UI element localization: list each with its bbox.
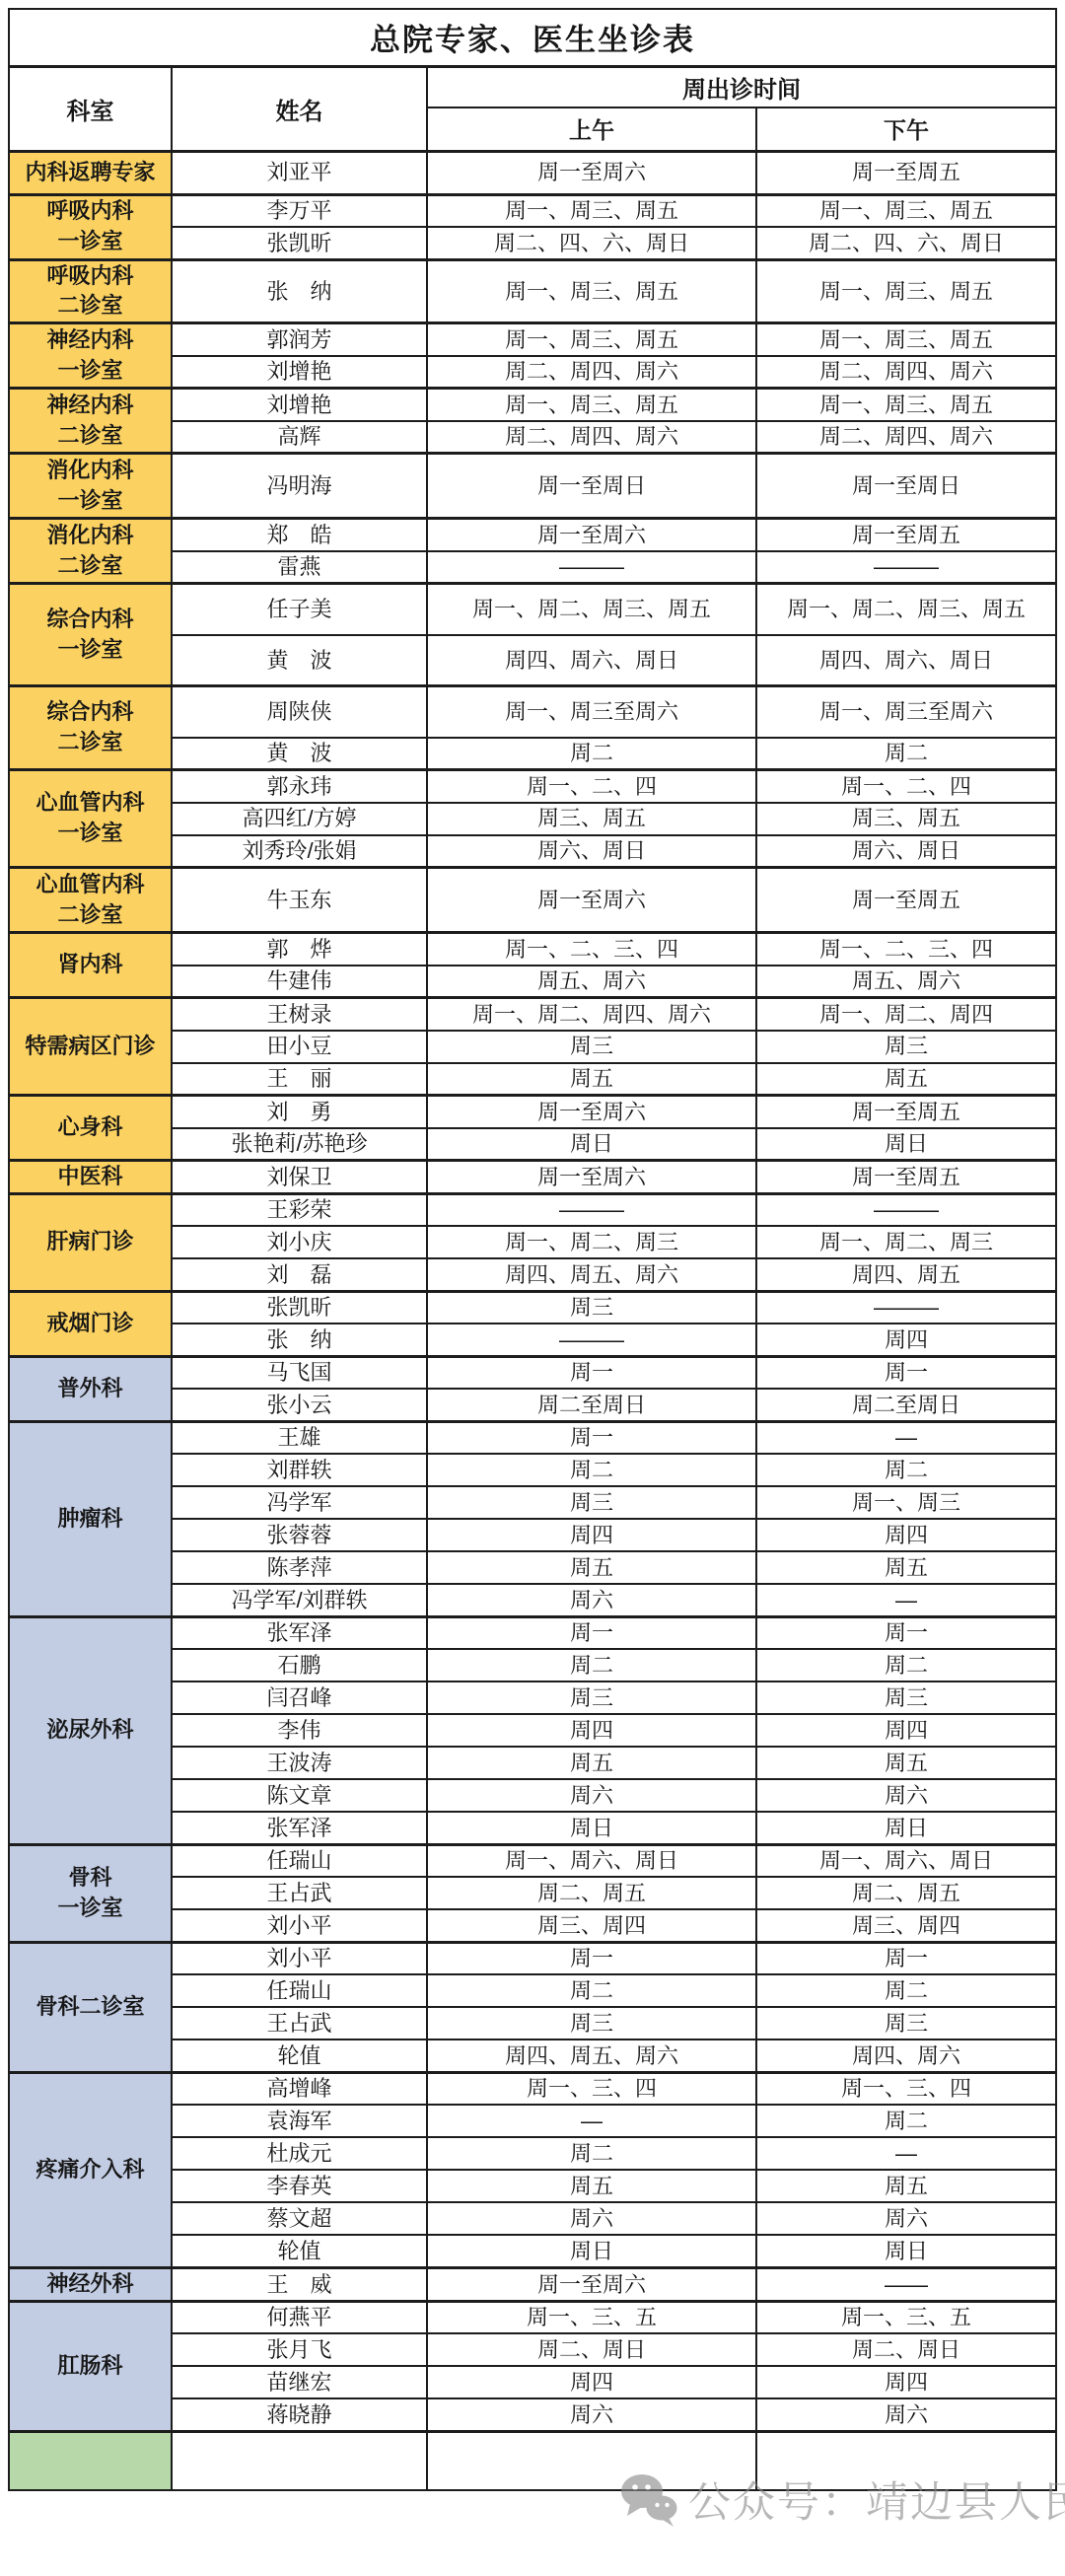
- morning-schedule-cell: 周一至周六: [427, 519, 756, 551]
- afternoon-schedule-cell: 周一至周五: [756, 868, 1056, 933]
- morning-schedule-cell: 周二: [427, 1974, 756, 2007]
- morning-schedule-cell: 周一至周六: [427, 868, 756, 933]
- afternoon-schedule-cell: ——: [756, 2267, 1056, 2301]
- doctor-name-cell: 王占武: [172, 1877, 427, 1909]
- doctor-name-cell: 张 纳: [172, 1324, 427, 1356]
- afternoon-schedule-cell: 周二、周五: [756, 1877, 1056, 1909]
- afternoon-schedule-cell: 周四、周六: [756, 2039, 1056, 2072]
- doctor-name-cell: 郭润芳: [172, 323, 427, 356]
- doctor-name-cell: 冯学军/刘群轶: [172, 1584, 427, 1616]
- table-row: 肿瘤科王雄周一—: [9, 1421, 1056, 1454]
- afternoon-schedule-cell: 周一、周六、周日: [756, 1844, 1056, 1877]
- morning-schedule-cell: 周一: [427, 1421, 756, 1454]
- table-row: 特需病区门诊王树录周一、周二、周四、周六周一、周二、周四: [9, 998, 1056, 1031]
- afternoon-schedule-cell: 周一、周三至周六: [756, 686, 1056, 738]
- doctor-name-cell: 何燕平: [172, 2301, 427, 2333]
- doctor-name-cell: 牛玉东: [172, 868, 427, 933]
- morning-schedule-cell: 周一至周六: [427, 2267, 756, 2301]
- doctor-name-cell: 刘小庆: [172, 1226, 427, 1258]
- department-cell: 消化内科一诊室: [9, 454, 172, 519]
- doctor-name-cell: 苗继宏: [172, 2366, 427, 2398]
- doctor-name-cell: 任子美: [172, 584, 427, 635]
- morning-schedule-cell: 周四: [427, 2366, 756, 2398]
- doctor-name-cell: 石鹏: [172, 1649, 427, 1682]
- doctor-name-cell: 轮值: [172, 2039, 427, 2072]
- department-cell: 戒烟门诊: [9, 1291, 172, 1356]
- department-cell: 神经内科二诊室: [9, 389, 172, 454]
- department-cell: 综合内科二诊室: [9, 686, 172, 770]
- morning-schedule-cell: 周五: [427, 1747, 756, 1779]
- schedule-page: 总院专家、医生坐诊表 科室 姓名 周出诊时间 上午 下午 内科返聘专家刘亚平周一…: [0, 0, 1065, 2576]
- morning-schedule-cell: 周日: [427, 2235, 756, 2267]
- doctor-name-cell: 冯明海: [172, 454, 427, 519]
- doctor-name-cell: 王 丽: [172, 1063, 427, 1096]
- table-row: 肛肠科何燕平周一、三、五周一、三、五: [9, 2301, 1056, 2333]
- doctor-name-cell: 雷燕: [172, 551, 427, 584]
- doctor-name-cell: 李伟: [172, 1714, 427, 1747]
- doctor-name-cell: 刘亚平: [172, 151, 427, 194]
- morning-schedule-cell: 周一、三、五: [427, 2301, 756, 2333]
- table-row: 肾内科郭 烨周一、二、三、四周一、二、三、四: [9, 933, 1056, 966]
- doctor-name-cell: 牛建伟: [172, 966, 427, 998]
- morning-schedule-cell: 周二: [427, 1454, 756, 1486]
- morning-schedule-cell: 周一、周三、周五: [427, 323, 756, 356]
- department-cell: 中医科: [9, 1161, 172, 1194]
- doctor-name-cell: 刘小平: [172, 1942, 427, 1974]
- afternoon-schedule-cell: 周一: [756, 1616, 1056, 1649]
- morning-schedule-cell: 周三: [427, 1291, 756, 1324]
- morning-schedule-cell: 周一至周日: [427, 454, 756, 519]
- morning-schedule-cell: 周六: [427, 2202, 756, 2235]
- afternoon-schedule-cell: 周日: [756, 1128, 1056, 1161]
- afternoon-schedule-cell: 周五: [756, 2170, 1056, 2202]
- afternoon-schedule-cell: 周一: [756, 1942, 1056, 1974]
- morning-schedule-cell: 周二至周日: [427, 1389, 756, 1421]
- department-cell: 消化内科二诊室: [9, 519, 172, 584]
- department-cell: 特需病区门诊: [9, 998, 172, 1096]
- table-row: 综合内科二诊室周陕侠周一、周三至周六周一、周三至周六: [9, 686, 1056, 738]
- doctor-name-cell: 刘增艳: [172, 356, 427, 389]
- doctor-name-cell: 王彩荣: [172, 1193, 427, 1226]
- morning-schedule-cell: 周二: [427, 2137, 756, 2170]
- doctor-name-cell: 刘群轶: [172, 1454, 427, 1486]
- afternoon-schedule-cell: 周一、周三、周五: [756, 194, 1056, 227]
- department-cell: 综合内科一诊室: [9, 584, 172, 686]
- morning-schedule-cell: 周三: [427, 1682, 756, 1714]
- department-cell: 普外科: [9, 1356, 172, 1421]
- table-row: 骨科一诊室任瑞山周一、周六、周日周一、周六、周日: [9, 1844, 1056, 1877]
- table-row: 消化内科一诊室冯明海周一至周日周一至周日: [9, 454, 1056, 519]
- afternoon-schedule-cell: 周日: [756, 2235, 1056, 2267]
- morning-schedule-cell: 周一、周二、周四、周六: [427, 998, 756, 1031]
- morning-schedule-cell: 周二: [427, 1649, 756, 1682]
- afternoon-schedule-cell: 周五: [756, 1063, 1056, 1096]
- page-title: 总院专家、医生坐诊表: [9, 9, 1056, 66]
- department-cell: 呼吸内科一诊室: [9, 194, 172, 259]
- doctor-name-cell: 张蓉蓉: [172, 1519, 427, 1551]
- doctor-name-cell: 陈文章: [172, 1779, 427, 1812]
- morning-schedule-cell: 周六、周日: [427, 835, 756, 868]
- doctor-name-cell: 田小豆: [172, 1031, 427, 1063]
- afternoon-schedule-cell: 周三、周四: [756, 1909, 1056, 1942]
- doctor-name-cell: 郑 皓: [172, 519, 427, 551]
- morning-schedule-cell: 周五: [427, 2170, 756, 2202]
- department-cell: 神经内科一诊室: [9, 323, 172, 389]
- department-cell: 内科返聘专家: [9, 151, 172, 194]
- afternoon-schedule-cell: 周一至周五: [756, 151, 1056, 194]
- department-cell: 心身科: [9, 1096, 172, 1161]
- morning-schedule-cell: 周三: [427, 2007, 756, 2039]
- morning-schedule-cell: 周二、周四、周六: [427, 356, 756, 389]
- doctor-name-cell: 黄 波: [172, 738, 427, 770]
- column-header-afternoon: 下午: [756, 107, 1056, 151]
- column-header-name: 姓名: [172, 66, 427, 151]
- table-row: 呼吸内科二诊室张 纳周一、周三、周五周一、周三、周五: [9, 259, 1056, 323]
- doctor-name-cell: 陈孝萍: [172, 1551, 427, 1584]
- afternoon-schedule-cell: 周六: [756, 2398, 1056, 2431]
- doctor-name-cell: 刘小平: [172, 1909, 427, 1942]
- morning-schedule-cell: 周二、周四、周六: [427, 421, 756, 454]
- afternoon-schedule-cell: 周四、周五: [756, 1258, 1056, 1291]
- doctor-name-cell: 高辉: [172, 421, 427, 454]
- morning-schedule-cell: 周一、三、四: [427, 2072, 756, 2105]
- doctor-name-cell: 张艳莉/苏艳珍: [172, 1128, 427, 1161]
- afternoon-schedule-cell: 周一、二、三、四: [756, 933, 1056, 966]
- table-row: 神经内科二诊室刘增艳周一、周三、周五周一、周三、周五: [9, 389, 1056, 421]
- table-row: 骨科二诊室刘小平周一周一: [9, 1942, 1056, 1974]
- afternoon-schedule-cell: 周三: [756, 2007, 1056, 2039]
- doctor-name-cell: 任瑞山: [172, 1974, 427, 2007]
- department-cell: 肛肠科: [9, 2301, 172, 2431]
- doctor-name-cell: 轮值: [172, 2235, 427, 2267]
- morning-schedule-cell: 周一: [427, 1356, 756, 1389]
- afternoon-schedule-cell: ———: [756, 1193, 1056, 1226]
- morning-schedule-cell: 周六: [427, 1779, 756, 1812]
- afternoon-schedule-cell: 周一、周二、周四: [756, 998, 1056, 1031]
- morning-schedule-cell: ———: [427, 551, 756, 584]
- schedule-table-body: 内科返聘专家刘亚平周一至周六周一至周五呼吸内科一诊室李万平周一、周三、周五周一、…: [9, 151, 1056, 2490]
- doctor-name-cell: 刘保卫: [172, 1161, 427, 1194]
- doctor-name-cell: 刘增艳: [172, 389, 427, 421]
- afternoon-schedule-cell: ———: [756, 1291, 1056, 1324]
- afternoon-schedule-cell: 周五: [756, 1551, 1056, 1584]
- morning-schedule-cell: 周六: [427, 1584, 756, 1616]
- afternoon-schedule-cell: 周二: [756, 1454, 1056, 1486]
- morning-schedule-cell: 周四: [427, 1519, 756, 1551]
- afternoon-schedule-cell: 周一、周三、周五: [756, 259, 1056, 323]
- morning-schedule-cell: 周一、周三、周五: [427, 194, 756, 227]
- doctor-name-cell: 张凯昕: [172, 1291, 427, 1324]
- afternoon-schedule-cell: 周五、周六: [756, 966, 1056, 998]
- afternoon-schedule-cell: 周一、三、五: [756, 2301, 1056, 2333]
- afternoon-schedule-cell: 周三: [756, 1031, 1056, 1063]
- afternoon-schedule-cell: 周二、四、六、周日: [756, 227, 1056, 259]
- morning-schedule-cell: ———: [427, 1193, 756, 1226]
- doctor-name-cell: 张 纳: [172, 259, 427, 323]
- department-cell: 肝病门诊: [9, 1193, 172, 1291]
- doctor-name-cell: 王 威: [172, 2267, 427, 2301]
- morning-schedule-cell: 周三、周五: [427, 803, 756, 835]
- morning-schedule-cell: 周四: [427, 1714, 756, 1747]
- department-cell: 心血管内科一诊室: [9, 770, 172, 868]
- afternoon-schedule-cell: 周一至周五: [756, 1161, 1056, 1194]
- morning-schedule-cell: 周六: [427, 2398, 756, 2431]
- department-cell: 疼痛介入科: [9, 2072, 172, 2267]
- table-row: 心血管内科一诊室郭永玮周一、二、四周一、二、四: [9, 770, 1056, 803]
- morning-schedule-cell: ———: [427, 1324, 756, 1356]
- morning-schedule-cell: 周二、周五: [427, 1877, 756, 1909]
- afternoon-schedule-cell: 周二: [756, 1974, 1056, 2007]
- doctor-name-cell: 高四红/方婷: [172, 803, 427, 835]
- doctor-name-cell: 王雄: [172, 1421, 427, 1454]
- doctor-name-cell: 黄 波: [172, 635, 427, 686]
- table-row: 内科返聘专家刘亚平周一至周六周一至周五: [9, 151, 1056, 194]
- doctor-name-cell: 杜成元: [172, 2137, 427, 2170]
- morning-schedule-cell: 周五、周六: [427, 966, 756, 998]
- department-cell: 肾内科: [9, 933, 172, 998]
- afternoon-schedule-cell: 周二、周四、周六: [756, 421, 1056, 454]
- department-cell: 骨科一诊室: [9, 1844, 172, 1942]
- morning-schedule-cell: 周三: [427, 1031, 756, 1063]
- afternoon-schedule-cell: —: [756, 2137, 1056, 2170]
- morning-schedule-cell: 周五: [427, 1063, 756, 1096]
- table-row: 神经内科一诊室郭润芳周一、周三、周五周一、周三、周五: [9, 323, 1056, 356]
- morning-schedule-cell: 周一: [427, 1616, 756, 1649]
- afternoon-schedule-cell: 周三、周五: [756, 803, 1056, 835]
- morning-schedule-cell: 周一、周二、周三: [427, 1226, 756, 1258]
- afternoon-schedule-cell: 周二、周四、周六: [756, 356, 1056, 389]
- afternoon-schedule-cell: 周一、周二、周三: [756, 1226, 1056, 1258]
- morning-schedule-cell: —: [427, 2105, 756, 2137]
- doctor-name-cell: 周陕侠: [172, 686, 427, 738]
- department-cell: 心血管内科二诊室: [9, 868, 172, 933]
- morning-schedule-cell: 周三: [427, 1486, 756, 1519]
- doctor-name-cell: 张凯昕: [172, 227, 427, 259]
- afternoon-schedule-cell: 周二、周日: [756, 2333, 1056, 2366]
- morning-schedule-cell: 周一至周六: [427, 151, 756, 194]
- afternoon-schedule-cell: 周一、周三、周五: [756, 323, 1056, 356]
- table-row: 中医科刘保卫周一至周六周一至周五: [9, 1161, 1056, 1194]
- morning-schedule-cell: 周一、周二、周三、周五: [427, 584, 756, 635]
- doctor-name-cell: 任瑞山: [172, 1844, 427, 1877]
- department-cell: 泌尿外科: [9, 1616, 172, 1844]
- afternoon-schedule-cell: —: [756, 1584, 1056, 1616]
- table-row: [9, 2431, 1056, 2490]
- afternoon-schedule-cell: 周六: [756, 1779, 1056, 1812]
- table-row: 消化内科二诊室郑 皓周一至周六周一至周五: [9, 519, 1056, 551]
- morning-schedule-cell: 周一、周三、周五: [427, 389, 756, 421]
- afternoon-schedule-cell: 周六: [756, 2202, 1056, 2235]
- doctor-name-cell: 蔡文超: [172, 2202, 427, 2235]
- doctor-name-cell: 王占武: [172, 2007, 427, 2039]
- doctor-name-cell: 闫召峰: [172, 1682, 427, 1714]
- afternoon-schedule-cell: 周二至周日: [756, 1389, 1056, 1421]
- column-header-schedule: 周出诊时间: [427, 66, 1056, 107]
- afternoon-schedule-cell: 周三: [756, 1682, 1056, 1714]
- afternoon-schedule-cell: 周四: [756, 1519, 1056, 1551]
- morning-schedule-cell: 周一、周三至周六: [427, 686, 756, 738]
- table-row: 综合内科一诊室任子美周一、周二、周三、周五周一、周二、周三、周五: [9, 584, 1056, 635]
- morning-schedule-cell: 周四、周五、周六: [427, 2039, 756, 2072]
- morning-schedule-cell: 周二、四、六、周日: [427, 227, 756, 259]
- department-cell: [9, 2431, 172, 2490]
- morning-schedule-cell: 周五: [427, 1551, 756, 1584]
- afternoon-schedule-cell: 周四: [756, 2366, 1056, 2398]
- doctor-name-cell: 冯学军: [172, 1486, 427, 1519]
- doctor-name-cell: 张军泽: [172, 1812, 427, 1844]
- afternoon-schedule-cell: ———: [756, 551, 1056, 584]
- doctor-name-cell: 刘秀玲/张娟: [172, 835, 427, 868]
- morning-schedule-cell: 周二、周日: [427, 2333, 756, 2366]
- morning-schedule-cell: [427, 2431, 756, 2490]
- morning-schedule-cell: 周日: [427, 1128, 756, 1161]
- doctor-name-cell: 张军泽: [172, 1616, 427, 1649]
- table-row: 普外科马飞国周一周一: [9, 1356, 1056, 1389]
- morning-schedule-cell: 周一、周六、周日: [427, 1844, 756, 1877]
- afternoon-schedule-cell: 周二: [756, 2105, 1056, 2137]
- morning-schedule-cell: 周一: [427, 1942, 756, 1974]
- table-row: 肝病门诊王彩荣——————: [9, 1193, 1056, 1226]
- header-row-1: 科室 姓名 周出诊时间: [9, 66, 1056, 107]
- schedule-table: 总院专家、医生坐诊表 科室 姓名 周出诊时间 上午 下午 内科返聘专家刘亚平周一…: [8, 8, 1057, 2491]
- afternoon-schedule-cell: 周四: [756, 1324, 1056, 1356]
- table-row: 戒烟门诊张凯昕周三———: [9, 1291, 1056, 1324]
- column-header-morning: 上午: [427, 107, 756, 151]
- morning-schedule-cell: 周二: [427, 738, 756, 770]
- doctor-name-cell: 蒋晓静: [172, 2398, 427, 2431]
- doctor-name-cell: 袁海军: [172, 2105, 427, 2137]
- morning-schedule-cell: 周四、周五、周六: [427, 1258, 756, 1291]
- doctor-name-cell: [172, 2431, 427, 2490]
- morning-schedule-cell: 周一至周六: [427, 1161, 756, 1194]
- doctor-name-cell: 张月飞: [172, 2333, 427, 2366]
- department-cell: 骨科二诊室: [9, 1942, 172, 2072]
- afternoon-schedule-cell: 周二: [756, 738, 1056, 770]
- table-row: 疼痛介入科高增峰周一、三、四周一、三、四: [9, 2072, 1056, 2105]
- doctor-name-cell: 王波涛: [172, 1747, 427, 1779]
- afternoon-schedule-cell: 周一至周日: [756, 454, 1056, 519]
- afternoon-schedule-cell: 周一、二、四: [756, 770, 1056, 803]
- doctor-name-cell: 李春英: [172, 2170, 427, 2202]
- afternoon-schedule-cell: 周一至周五: [756, 519, 1056, 551]
- afternoon-schedule-cell: 周四: [756, 1714, 1056, 1747]
- morning-schedule-cell: 周日: [427, 1812, 756, 1844]
- table-row: 神经外科王 威周一至周六——: [9, 2267, 1056, 2301]
- afternoon-schedule-cell: 周一、周二、周三、周五: [756, 584, 1056, 635]
- afternoon-schedule-cell: 周一: [756, 1356, 1056, 1389]
- afternoon-schedule-cell: 周二: [756, 1649, 1056, 1682]
- table-row: 心血管内科二诊室牛玉东周一至周六周一至周五: [9, 868, 1056, 933]
- morning-schedule-cell: 周四、周六、周日: [427, 635, 756, 686]
- afternoon-schedule-cell: 周四、周六、周日: [756, 635, 1056, 686]
- afternoon-schedule-cell: 周六、周日: [756, 835, 1056, 868]
- morning-schedule-cell: 周一至周六: [427, 1096, 756, 1128]
- doctor-name-cell: 郭 烨: [172, 933, 427, 966]
- doctor-name-cell: 王树录: [172, 998, 427, 1031]
- afternoon-schedule-cell: —: [756, 1421, 1056, 1454]
- department-cell: 肿瘤科: [9, 1421, 172, 1616]
- doctor-name-cell: 刘 勇: [172, 1096, 427, 1128]
- doctor-name-cell: 刘 磊: [172, 1258, 427, 1291]
- afternoon-schedule-cell: 周一至周五: [756, 1096, 1056, 1128]
- morning-schedule-cell: 周三、周四: [427, 1909, 756, 1942]
- doctor-name-cell: 高增峰: [172, 2072, 427, 2105]
- afternoon-schedule-cell: 周一、三、四: [756, 2072, 1056, 2105]
- department-cell: 呼吸内科二诊室: [9, 259, 172, 323]
- morning-schedule-cell: 周一、二、四: [427, 770, 756, 803]
- morning-schedule-cell: 周一、二、三、四: [427, 933, 756, 966]
- department-cell: 神经外科: [9, 2267, 172, 2301]
- afternoon-schedule-cell: 周一、周三、周五: [756, 389, 1056, 421]
- doctor-name-cell: 郭永玮: [172, 770, 427, 803]
- table-row: 心身科刘 勇周一至周六周一至周五: [9, 1096, 1056, 1128]
- doctor-name-cell: 马飞国: [172, 1356, 427, 1389]
- doctor-name-cell: 李万平: [172, 194, 427, 227]
- afternoon-schedule-cell: 周一、周三: [756, 1486, 1056, 1519]
- afternoon-schedule-cell: [756, 2431, 1056, 2490]
- afternoon-schedule-cell: 周五: [756, 1747, 1056, 1779]
- table-row: 泌尿外科张军泽周一周一: [9, 1616, 1056, 1649]
- title-row: 总院专家、医生坐诊表: [9, 9, 1056, 66]
- column-header-department: 科室: [9, 66, 172, 151]
- morning-schedule-cell: 周一、周三、周五: [427, 259, 756, 323]
- doctor-name-cell: 张小云: [172, 1389, 427, 1421]
- table-row: 呼吸内科一诊室李万平周一、周三、周五周一、周三、周五: [9, 194, 1056, 227]
- afternoon-schedule-cell: 周日: [756, 1812, 1056, 1844]
